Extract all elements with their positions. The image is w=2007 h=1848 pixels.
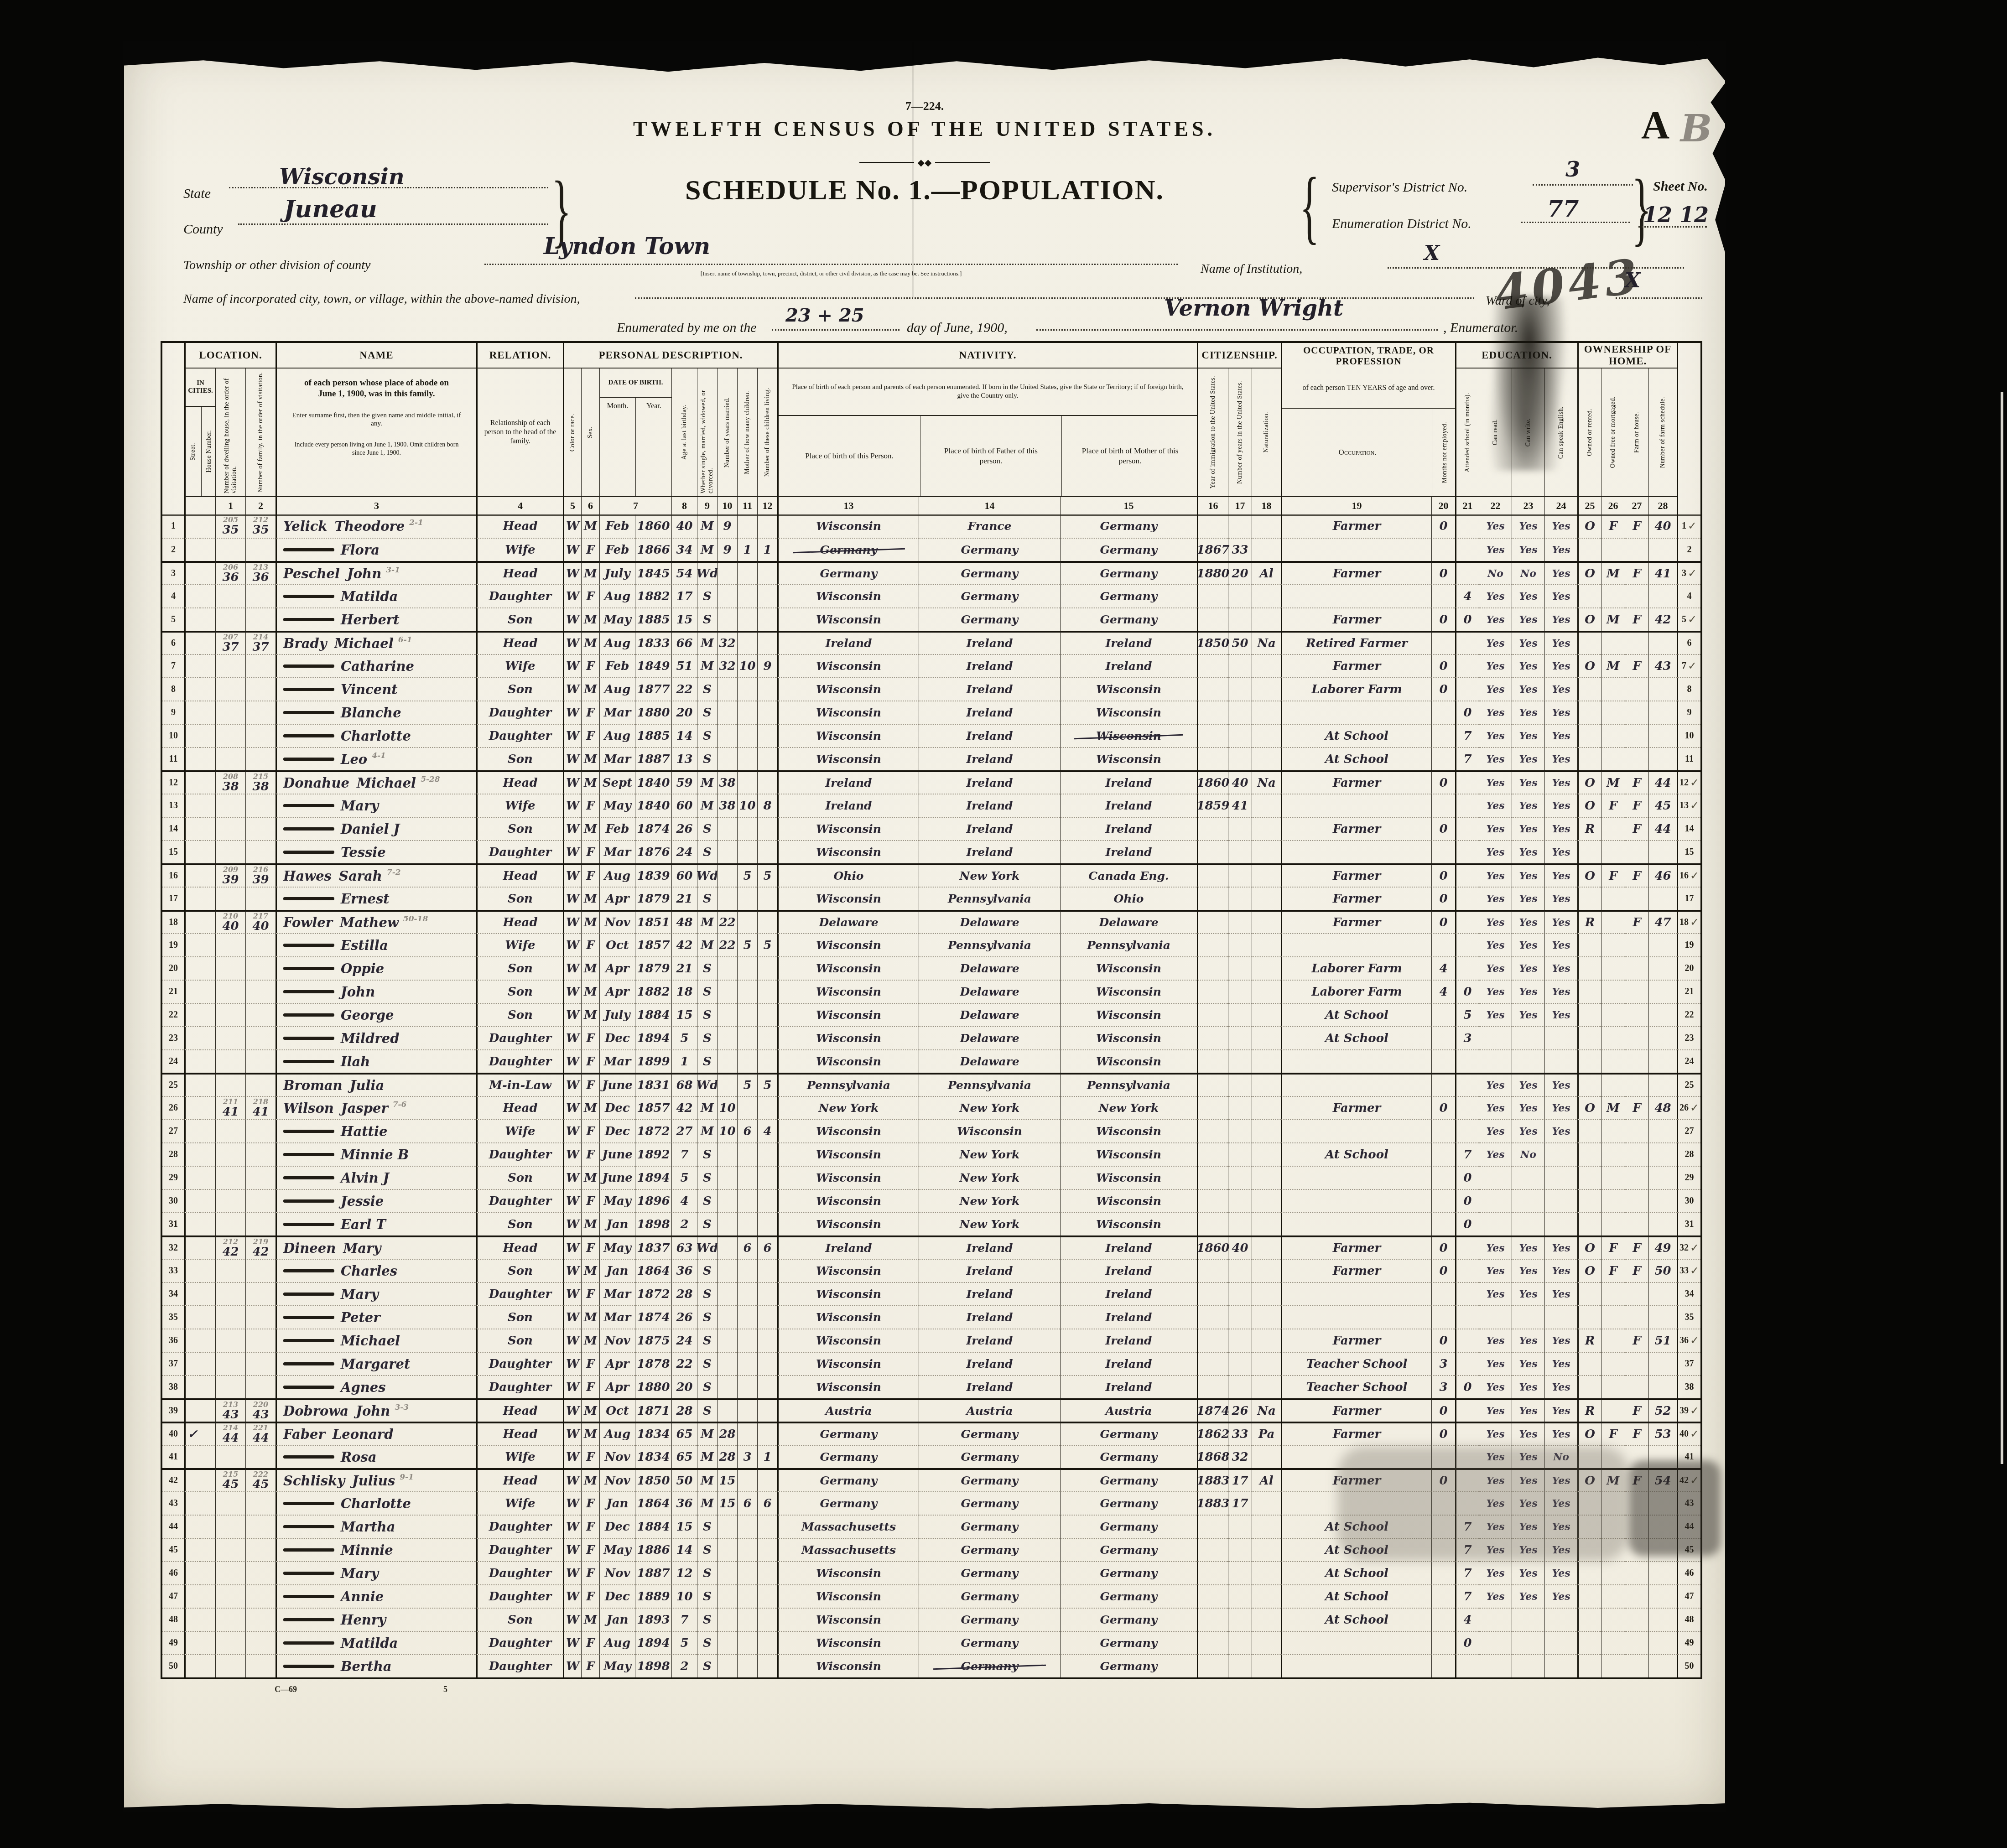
row-11-birth-year: 1887 <box>635 747 671 770</box>
row-23-can-speak-english <box>1544 1026 1577 1049</box>
row-37-name: Margaret <box>276 1352 476 1375</box>
row-4-mother-birthplace: Germany <box>1060 584 1197 607</box>
row-38-can-speak-english: Yes <box>1544 1375 1577 1398</box>
districts-open-brace: { <box>1300 160 1319 254</box>
row-4-immigration-year <box>1197 584 1228 607</box>
row-6-free-or-mortgaged <box>1601 631 1625 654</box>
row-34-years-in-us <box>1228 1282 1252 1305</box>
row-3-free-or-mortgaged: M <box>1601 561 1625 584</box>
row-2-owned-or-rented <box>1577 538 1601 561</box>
row-8-father-birthplace: Ireland <box>919 677 1060 701</box>
row-41-birthplace: Germany <box>777 1445 919 1468</box>
row-23-occupation: At School <box>1281 1026 1431 1049</box>
row-34-can-speak-english: Yes <box>1544 1282 1577 1305</box>
row-25-free-or-mortgaged <box>1601 1073 1625 1096</box>
row-16-occupation: Farmer <box>1281 863 1431 887</box>
row-16-birthplace: Ohio <box>777 863 919 887</box>
group-occupation: OCCUPATION, TRADE, OR PROFESSION <box>1282 344 1455 368</box>
margin-checkmark: ✓ <box>1688 659 1697 673</box>
row-32-dwelling-number: 21242 <box>215 1235 245 1259</box>
row-1-owned-or-rented: O <box>1577 514 1601 538</box>
ditto-dash <box>283 1037 334 1040</box>
row-38-immigration-year <box>1197 1375 1228 1398</box>
column-number-blank <box>200 496 215 514</box>
row-33-occupation: Farmer <box>1281 1259 1431 1282</box>
row-32-can-read: Yes <box>1479 1235 1512 1259</box>
row-44-years-in-us <box>1228 1515 1252 1538</box>
row-33-birth-year: 1864 <box>635 1259 671 1282</box>
row-23-months-not-employed <box>1431 1026 1455 1049</box>
row-10-father-birthplace: Ireland <box>919 724 1060 747</box>
row-36-occupation: Farmer <box>1281 1329 1431 1352</box>
row-32-house-number <box>200 1235 215 1259</box>
row-29-farm-schedule <box>1648 1166 1677 1189</box>
row-50-years-married <box>717 1654 737 1677</box>
row-28-can-speak-english <box>1544 1142 1577 1166</box>
row-28-line-number-right: 28 <box>1677 1142 1700 1166</box>
row-18-can-write: Yes <box>1512 910 1544 933</box>
row-48-line-number-right: 48 <box>1677 1608 1700 1631</box>
row-17-children-living <box>757 887 777 910</box>
row-20-family-number <box>245 956 276 980</box>
row-46-line-number-right: 46 <box>1677 1561 1700 1584</box>
row-37-relation: Daughter <box>476 1352 563 1375</box>
row-6-children-living <box>757 631 777 654</box>
margin-checkmark: ✓ <box>1690 1428 1699 1441</box>
row-11-mother-of-children <box>737 747 757 770</box>
row-9-immigration-year <box>1197 701 1228 724</box>
row-25-house-number <box>200 1073 215 1096</box>
row-43-color: W <box>563 1491 581 1515</box>
row-27-can-read: Yes <box>1479 1119 1512 1142</box>
row-36-line-number: 36 <box>162 1329 184 1352</box>
row-10-birth-year: 1885 <box>635 724 671 747</box>
ditto-dash <box>283 1665 334 1668</box>
row-21-father-birthplace: Delaware <box>919 980 1060 1003</box>
row-9-house-number <box>200 701 215 724</box>
row-41-family-number <box>245 1445 276 1468</box>
row-19-name: Estilla <box>276 933 476 956</box>
row-10-name: Charlotte <box>276 724 476 747</box>
row-16-farm-or-house: F <box>1625 863 1648 887</box>
row-26-sex: M <box>581 1096 599 1119</box>
district-value: 77 <box>1547 195 1579 222</box>
row-4-house-number <box>200 584 215 607</box>
row-20-owned-or-rented <box>1577 956 1601 980</box>
row-39-birth-month: Oct <box>599 1398 635 1422</box>
row-8-sex: M <box>581 677 599 701</box>
row-34-street <box>184 1282 200 1305</box>
row-24-sex: F <box>581 1049 599 1073</box>
row-1-birth-year: 1860 <box>635 514 671 538</box>
row-4-father-birthplace: Germany <box>919 584 1060 607</box>
occupation-desc: of each person TEN YEARS of age and over… <box>1282 369 1455 409</box>
row-24-line-number-right: 24 <box>1677 1049 1700 1073</box>
row-32-free-or-mortgaged: F <box>1601 1235 1625 1259</box>
row-35-line-number: 35 <box>162 1305 184 1329</box>
row-50-sex: F <box>581 1654 599 1677</box>
row-6-occupation: Retired Farmer <box>1281 631 1431 654</box>
row-38-sex: F <box>581 1375 599 1398</box>
row-38-relation: Daughter <box>476 1375 563 1398</box>
row-17-can-speak-english: Yes <box>1544 887 1577 910</box>
row-18-mother-of-children <box>737 910 757 933</box>
row-50-name: Bertha <box>276 1654 476 1677</box>
row-40-owned-or-rented: O <box>1577 1422 1601 1445</box>
row-1-line-number: 1 <box>162 514 184 538</box>
row-23-marital-status: S <box>697 1026 717 1049</box>
row-10-can-read: Yes <box>1479 724 1512 747</box>
margin-checkmark: ✓ <box>1690 1241 1699 1255</box>
row-25-relation: M-in-Law <box>476 1073 563 1096</box>
row-47-can-read: Yes <box>1479 1584 1512 1608</box>
row-16-mother-of-children: 5 <box>737 863 757 887</box>
row-50-marital-status: S <box>697 1654 717 1677</box>
row-30-occupation <box>1281 1189 1431 1212</box>
row-40-can-read: Yes <box>1479 1422 1512 1445</box>
row-4-naturalization <box>1252 584 1281 607</box>
row-24-dwelling-number <box>215 1049 245 1073</box>
row-44-name: Martha <box>276 1515 476 1538</box>
row-48-can-write <box>1512 1608 1544 1631</box>
row-44-street <box>184 1515 200 1538</box>
row-1-age: 40 <box>671 514 697 538</box>
row-22-children-living <box>757 1003 777 1026</box>
row-11-marital-status: S <box>697 747 717 770</box>
row-39-sex: M <box>581 1398 599 1422</box>
row-9-marital-status: S <box>697 701 717 724</box>
row-1-relation: Head <box>476 514 563 538</box>
row-49-months-not-employed <box>1431 1631 1455 1654</box>
row-37-can-read: Yes <box>1479 1352 1512 1375</box>
row-12-birth-month: Sept <box>599 770 635 794</box>
row-40-mother-of-children <box>737 1422 757 1445</box>
row-13-can-read: Yes <box>1479 794 1512 817</box>
row-12-farm-schedule: 44 <box>1648 770 1677 794</box>
row-43-house-number <box>200 1491 215 1515</box>
column-number-28: 28 <box>1648 496 1677 514</box>
row-43-name: Charlotte <box>276 1491 476 1515</box>
row-37-sex: F <box>581 1352 599 1375</box>
row-44-father-birthplace: Germany <box>919 1515 1060 1538</box>
row-27-free-or-mortgaged <box>1601 1119 1625 1142</box>
row-19-color: W <box>563 933 581 956</box>
row-9-street <box>184 701 200 724</box>
row-47-owned-or-rented <box>1577 1584 1601 1608</box>
row-35-farm-schedule <box>1648 1305 1677 1329</box>
row-42-naturalization: Al <box>1252 1468 1281 1491</box>
row-49-relation: Daughter <box>476 1631 563 1654</box>
row-22-sex: M <box>581 1003 599 1026</box>
row-31-age: 2 <box>671 1212 697 1235</box>
row-35-immigration-year <box>1197 1305 1228 1329</box>
row-34-farm-schedule <box>1648 1282 1677 1305</box>
row-24-farm-or-house <box>1625 1049 1648 1073</box>
nativity-desc: Place of birth of each person and parent… <box>779 369 1197 416</box>
row-18-farm-or-house: F <box>1625 910 1648 933</box>
farm-house-label: Farm or house. <box>1633 412 1641 453</box>
row-49-can-write <box>1512 1631 1544 1654</box>
row-45-color: W <box>563 1538 581 1561</box>
row-28-immigration-year <box>1197 1142 1228 1166</box>
row-34-months-not-employed <box>1431 1282 1455 1305</box>
row-29-mother-birthplace: Wisconsin <box>1060 1166 1197 1189</box>
row-33-attended-school <box>1455 1259 1479 1282</box>
row-33-house-number <box>200 1259 215 1282</box>
row-35-dwelling-number <box>215 1305 245 1329</box>
naturalization-label: Naturalization. <box>1263 412 1270 453</box>
row-42-birth-year: 1850 <box>635 1468 671 1491</box>
row-21-name: John <box>276 980 476 1003</box>
row-7-name: Catharine <box>276 654 476 677</box>
children-living-label: Number of these children living. <box>764 388 771 477</box>
row-12-sex: M <box>581 770 599 794</box>
row-29-line-number: 29 <box>162 1166 184 1189</box>
row-30-can-speak-english <box>1544 1189 1577 1212</box>
row-41-color: W <box>563 1445 581 1468</box>
row-36-name: Michael <box>276 1329 476 1352</box>
row-32-years-in-us: 40 <box>1228 1235 1252 1259</box>
row-39-age: 28 <box>671 1398 697 1422</box>
row-30-naturalization <box>1252 1189 1281 1212</box>
column-number-1: 1 <box>215 496 245 514</box>
row-34-can-write: Yes <box>1512 1282 1544 1305</box>
row-5-relation: Son <box>476 607 563 631</box>
row-30-marital-status: S <box>697 1189 717 1212</box>
row-30-house-number <box>200 1189 215 1212</box>
row-1-farm-or-house: F <box>1625 514 1648 538</box>
row-27-years-married: 10 <box>717 1119 737 1142</box>
row-7-owned-or-rented: O <box>1577 654 1601 677</box>
row-17-line-number-right: 17 <box>1677 887 1700 910</box>
row-7-can-read: Yes <box>1479 654 1512 677</box>
row-31-family-number <box>245 1212 276 1235</box>
row-2-birthplace: Germany <box>777 538 919 561</box>
row-13-birth-month: May <box>599 794 635 817</box>
row-42-relation: Head <box>476 1468 563 1491</box>
enumerator-name: Vernon Wright <box>1164 296 1343 321</box>
row-35-can-read <box>1479 1305 1512 1329</box>
row-26-mother-of-children <box>737 1096 757 1119</box>
row-36-birthplace: Wisconsin <box>777 1329 919 1352</box>
row-36-house-number <box>200 1329 215 1352</box>
row-18-street <box>184 910 200 933</box>
row-13-naturalization <box>1252 794 1281 817</box>
row-47-house-number <box>200 1584 215 1608</box>
row-14-can-write: Yes <box>1512 817 1544 840</box>
row-23-birth-month: Dec <box>599 1026 635 1049</box>
row-43-family-number <box>245 1491 276 1515</box>
row-50-house-number <box>200 1654 215 1677</box>
row-49-birthplace: Wisconsin <box>777 1631 919 1654</box>
row-34-relation: Daughter <box>476 1282 563 1305</box>
relation-desc: Relationship of each person to the head … <box>478 416 563 449</box>
row-46-street <box>184 1561 200 1584</box>
row-33-months-not-employed: 0 <box>1431 1259 1455 1282</box>
row-16-naturalization <box>1252 863 1281 887</box>
row-38-can-write: Yes <box>1512 1375 1544 1398</box>
row-47-father-birthplace: Germany <box>919 1584 1060 1608</box>
row-35-age: 26 <box>671 1305 697 1329</box>
row-8-attended-school <box>1455 677 1479 701</box>
row-37-house-number <box>200 1352 215 1375</box>
sex-label: Sex. <box>587 426 594 438</box>
row-4-free-or-mortgaged <box>1601 584 1625 607</box>
row-29-name: Alvin J <box>276 1166 476 1189</box>
row-30-farm-schedule <box>1648 1189 1677 1212</box>
ditto-dash <box>283 1153 334 1156</box>
row-12-birthplace: Ireland <box>777 770 919 794</box>
row-26-dwelling-number: 21141 <box>215 1096 245 1119</box>
row-32-attended-school <box>1455 1235 1479 1259</box>
row-26-age: 42 <box>671 1096 697 1119</box>
row-33-farm-or-house: F <box>1625 1259 1648 1282</box>
row-36-immigration-year <box>1197 1329 1228 1352</box>
row-12-attended-school <box>1455 770 1479 794</box>
row-28-owned-or-rented <box>1577 1142 1601 1166</box>
row-5-birth-month: May <box>599 607 635 631</box>
column-number-25: 25 <box>1577 496 1601 514</box>
row-6-months-not-employed <box>1431 631 1455 654</box>
row-13-mother-of-children: 10 <box>737 794 757 817</box>
row-46-farm-schedule <box>1648 1561 1677 1584</box>
row-21-children-living <box>757 980 777 1003</box>
row-49-mother-birthplace: Germany <box>1060 1631 1197 1654</box>
row-29-occupation <box>1281 1166 1431 1189</box>
row-48-mother-of-children <box>737 1608 757 1631</box>
row-21-birth-month: Apr <box>599 980 635 1003</box>
row-4-years-married <box>717 584 737 607</box>
row-49-children-living <box>757 1631 777 1654</box>
row-16-birth-month: Aug <box>599 863 635 887</box>
row-3-marital-status: Wd <box>697 561 717 584</box>
row-15-family-number <box>245 840 276 863</box>
row-30-sex: F <box>581 1189 599 1212</box>
row-7-house-number <box>200 654 215 677</box>
row-36-free-or-mortgaged <box>1601 1329 1625 1352</box>
row-44-birthplace: Massachusetts <box>777 1515 919 1538</box>
row-12-owned-or-rented: O <box>1577 770 1601 794</box>
margin-checkmark: ✓ <box>1690 1334 1699 1347</box>
row-9-naturalization <box>1252 701 1281 724</box>
row-1-can-speak-english: Yes <box>1544 514 1577 538</box>
row-27-naturalization <box>1252 1119 1281 1142</box>
row-18-attended-school <box>1455 910 1479 933</box>
row-37-dwelling-number <box>215 1352 245 1375</box>
ditto-dash <box>283 967 334 970</box>
row-28-children-living <box>757 1142 777 1166</box>
row-37-age: 22 <box>671 1352 697 1375</box>
row-8-birthplace: Wisconsin <box>777 677 919 701</box>
row-43-sex: F <box>581 1491 599 1515</box>
row-44-children-living <box>757 1515 777 1538</box>
row-38-years-in-us <box>1228 1375 1252 1398</box>
row-46-occupation: At School <box>1281 1561 1431 1584</box>
row-46-can-speak-english: Yes <box>1544 1561 1577 1584</box>
row-37-street <box>184 1352 200 1375</box>
row-28-mother-birthplace: Wisconsin <box>1060 1142 1197 1166</box>
row-46-years-in-us <box>1228 1561 1252 1584</box>
row-41-mother-birthplace: Germany <box>1060 1445 1197 1468</box>
row-17-dwelling-number <box>215 887 245 910</box>
row-50-farm-schedule <box>1648 1654 1677 1677</box>
row-29-line-number-right: 29 <box>1677 1166 1700 1189</box>
row-20-can-speak-english: Yes <box>1544 956 1577 980</box>
row-22-birthplace: Wisconsin <box>777 1003 919 1026</box>
name-desc: of each person whose place of abode on J… <box>291 375 463 402</box>
county-value: Juneau <box>284 195 377 223</box>
row-31-children-living <box>757 1212 777 1235</box>
row-35-years-married <box>717 1305 737 1329</box>
row-2-attended-school <box>1455 538 1479 561</box>
row-38-months-not-employed: 3 <box>1431 1375 1455 1398</box>
row-1-naturalization <box>1252 514 1281 538</box>
row-2-color: W <box>563 538 581 561</box>
row-29-family-number <box>245 1166 276 1189</box>
row-33-name: Charles <box>276 1259 476 1282</box>
row-28-years-in-us <box>1228 1142 1252 1166</box>
row-15-birth-month: Mar <box>599 840 635 863</box>
row-42-line-number: 42 <box>162 1468 184 1491</box>
row-21-relation: Son <box>476 980 563 1003</box>
row-37-attended-school <box>1455 1352 1479 1375</box>
row-7-can-speak-english: Yes <box>1544 654 1577 677</box>
row-15-farm-or-house <box>1625 840 1648 863</box>
row-40-color: W <box>563 1422 581 1445</box>
row-26-can-speak-english: Yes <box>1544 1096 1577 1119</box>
ditto-dash <box>283 1176 334 1179</box>
row-26-marital-status: M <box>697 1096 717 1119</box>
row-25-family-number <box>245 1073 276 1096</box>
row-37-can-speak-english: Yes <box>1544 1352 1577 1375</box>
row-8-birth-year: 1877 <box>635 677 671 701</box>
row-3-line-number-right: 3✓ <box>1677 561 1700 584</box>
row-1-attended-school <box>1455 514 1479 538</box>
row-26-children-living <box>757 1096 777 1119</box>
row-18-mother-birthplace: Delaware <box>1060 910 1197 933</box>
row-34-free-or-mortgaged <box>1601 1282 1625 1305</box>
row-21-street <box>184 980 200 1003</box>
row-2-sex: F <box>581 538 599 561</box>
row-31-months-not-employed <box>1431 1212 1455 1235</box>
row-19-relation: Wife <box>476 933 563 956</box>
row-32-name: DineenMary <box>276 1235 476 1259</box>
row-28-father-birthplace: New York <box>919 1142 1060 1166</box>
ditto-dash <box>283 1223 334 1226</box>
row-50-can-write <box>1512 1654 1544 1677</box>
supervisor-label: Supervisor's District No. <box>1332 180 1467 195</box>
row-25-line-number-right: 25 <box>1677 1073 1700 1096</box>
row-13-years-married: 38 <box>717 794 737 817</box>
row-48-attended-school: 4 <box>1455 1608 1479 1631</box>
row-8-mother-birthplace: Wisconsin <box>1060 677 1197 701</box>
row-25-years-in-us <box>1228 1073 1252 1096</box>
row-22-relation: Son <box>476 1003 563 1026</box>
row-25-can-write: Yes <box>1512 1073 1544 1096</box>
row-7-occupation: Farmer <box>1281 654 1431 677</box>
row-47-birth-month: Dec <box>599 1584 635 1608</box>
row-20-line-number: 20 <box>162 956 184 980</box>
row-26-line-number: 26 <box>162 1096 184 1119</box>
row-32-naturalization <box>1252 1235 1281 1259</box>
row-30-immigration-year <box>1197 1189 1228 1212</box>
row-25-line-number: 25 <box>162 1073 184 1096</box>
attended-school-label: Attended school (in months). <box>1464 393 1471 472</box>
column-number-26: 26 <box>1601 496 1625 514</box>
row-17-name: Ernest <box>276 887 476 910</box>
free-mortgaged-label: Owned free or mortgaged. <box>1610 396 1617 468</box>
row-14-line-number: 14 <box>162 817 184 840</box>
